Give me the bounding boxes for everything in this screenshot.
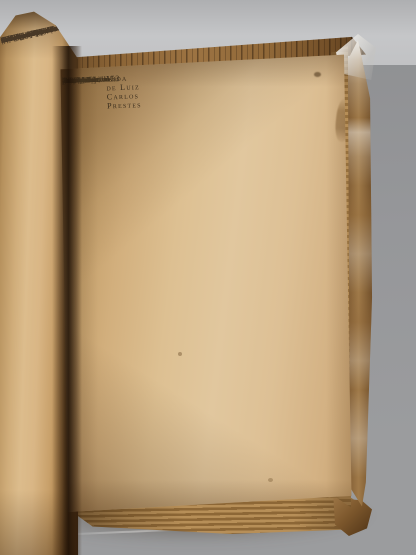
foxing-stain xyxy=(314,72,321,77)
right-page: Vida de Luiz Carlos Prestes 153 pital de… xyxy=(56,50,356,512)
book-spine-shadow xyxy=(52,46,82,555)
foxing-stain xyxy=(178,352,182,356)
right-page-shading xyxy=(56,50,356,512)
foxing-stain xyxy=(268,478,273,482)
open-book-photo: J O R G E campadas en Lorr el destacamen… xyxy=(0,0,416,555)
